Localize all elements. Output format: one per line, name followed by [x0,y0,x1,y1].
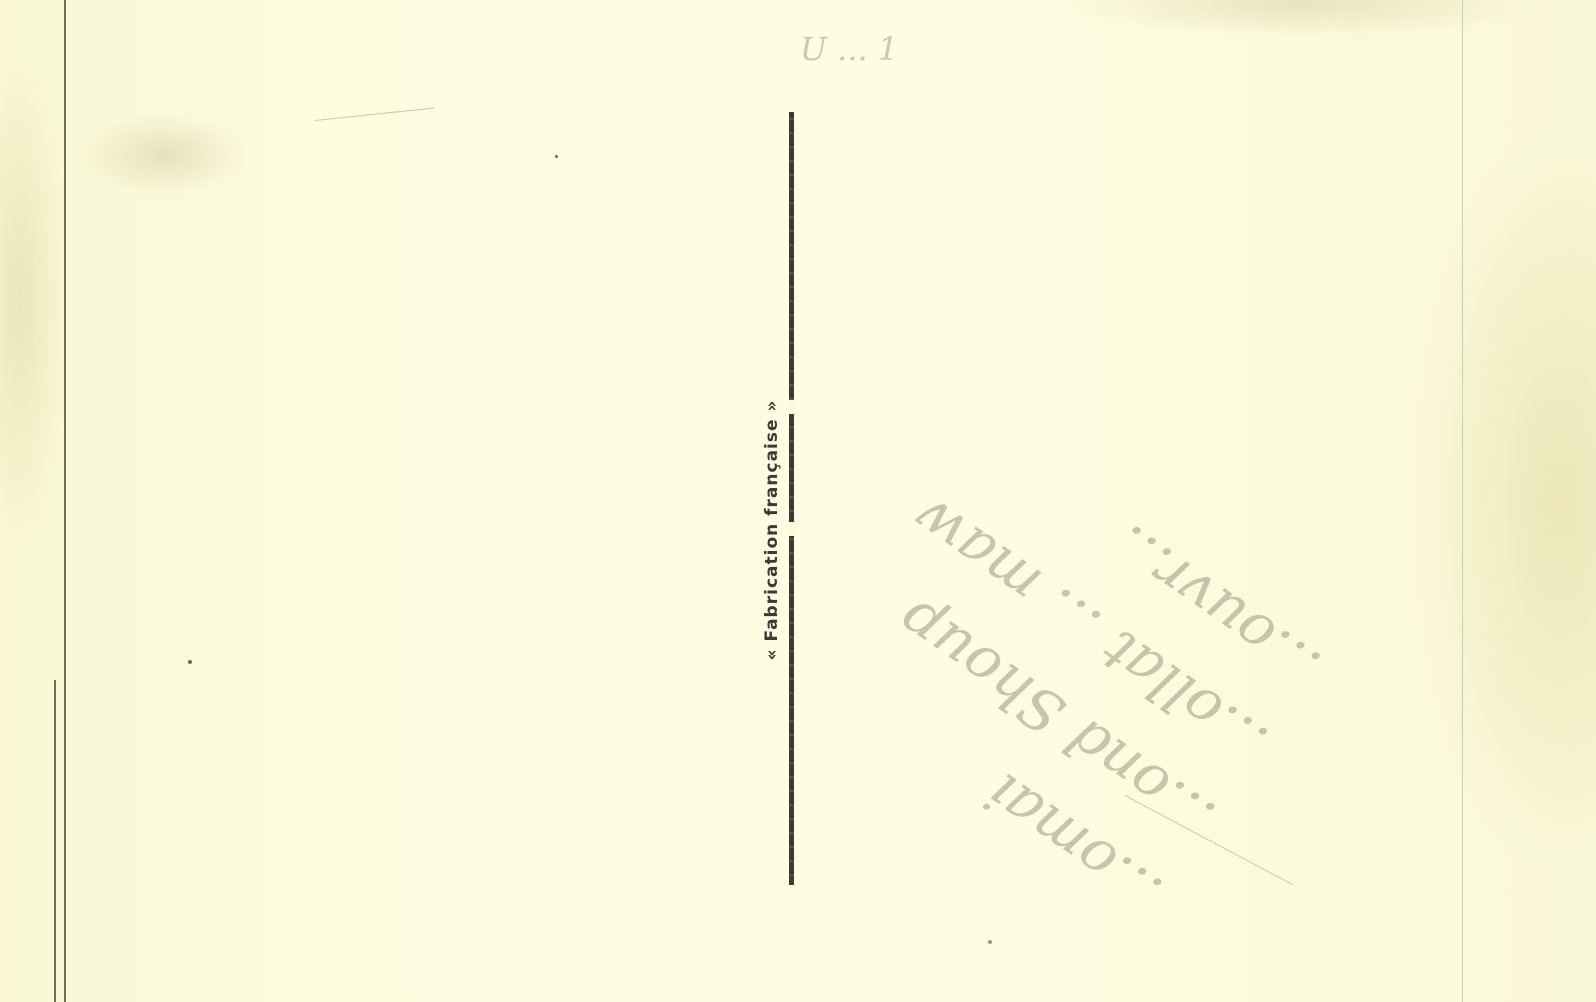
faint-pencil-stroke [315,107,434,121]
center-divider-line [789,112,794,885]
right-edge-rule [1462,0,1463,1002]
divider-gap [789,522,794,536]
top-pencil-mark: U ... 1 [800,30,898,68]
postcard-back: « Fabrication française » U ... 1 ...oma… [0,0,1596,1002]
left-edge-rule [64,0,66,1002]
divider-gap [789,400,794,414]
imprint-fabrication-francaise: « Fabrication française » [762,400,782,661]
left-edge-rule-lower [54,680,56,1002]
handwritten-address: ...omai ...ond Shoup ...ollat ... maw ..… [787,398,1372,961]
paper-speck [555,155,558,158]
paper-speck [988,940,992,944]
paper-speck [188,660,192,664]
